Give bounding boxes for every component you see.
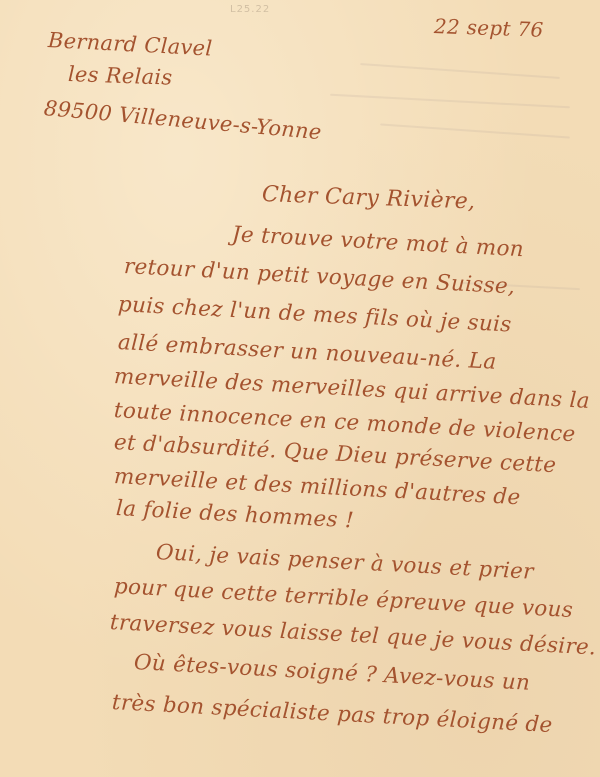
show-through-mark [330, 94, 570, 109]
letter-date: 22 sept 76 [434, 14, 544, 42]
body-line: Je trouve votre mot à mon [231, 222, 524, 262]
body-line: la folie des hommes ! [115, 496, 354, 533]
body-line: Où êtes-vous soigné ? Avez-vous un [133, 650, 530, 696]
sender-name: Bernard Clavel [47, 28, 213, 61]
show-through-mark [360, 63, 560, 79]
body-line: puis chez l'un de mes fils où je suis [117, 292, 512, 338]
letter-page: L25.22 22 sept 76 Bernard Clavel les Rel… [0, 0, 600, 777]
body-line: retour d'un petit voyage en Suisse, [123, 254, 515, 299]
body-line: très bon spécialiste pas trop éloigné de [111, 690, 553, 738]
salutation: Cher Cary Rivière, [262, 182, 476, 214]
show-through-mark [380, 123, 570, 138]
archive-stamp: L25.22 [230, 4, 270, 15]
sender-address-line-2: 89500 Villeneuve-s-Yonne [43, 96, 323, 144]
body-line: Oui, je vais penser à vous et prier [155, 540, 534, 585]
sender-address-line-1: les Relais [68, 62, 173, 90]
